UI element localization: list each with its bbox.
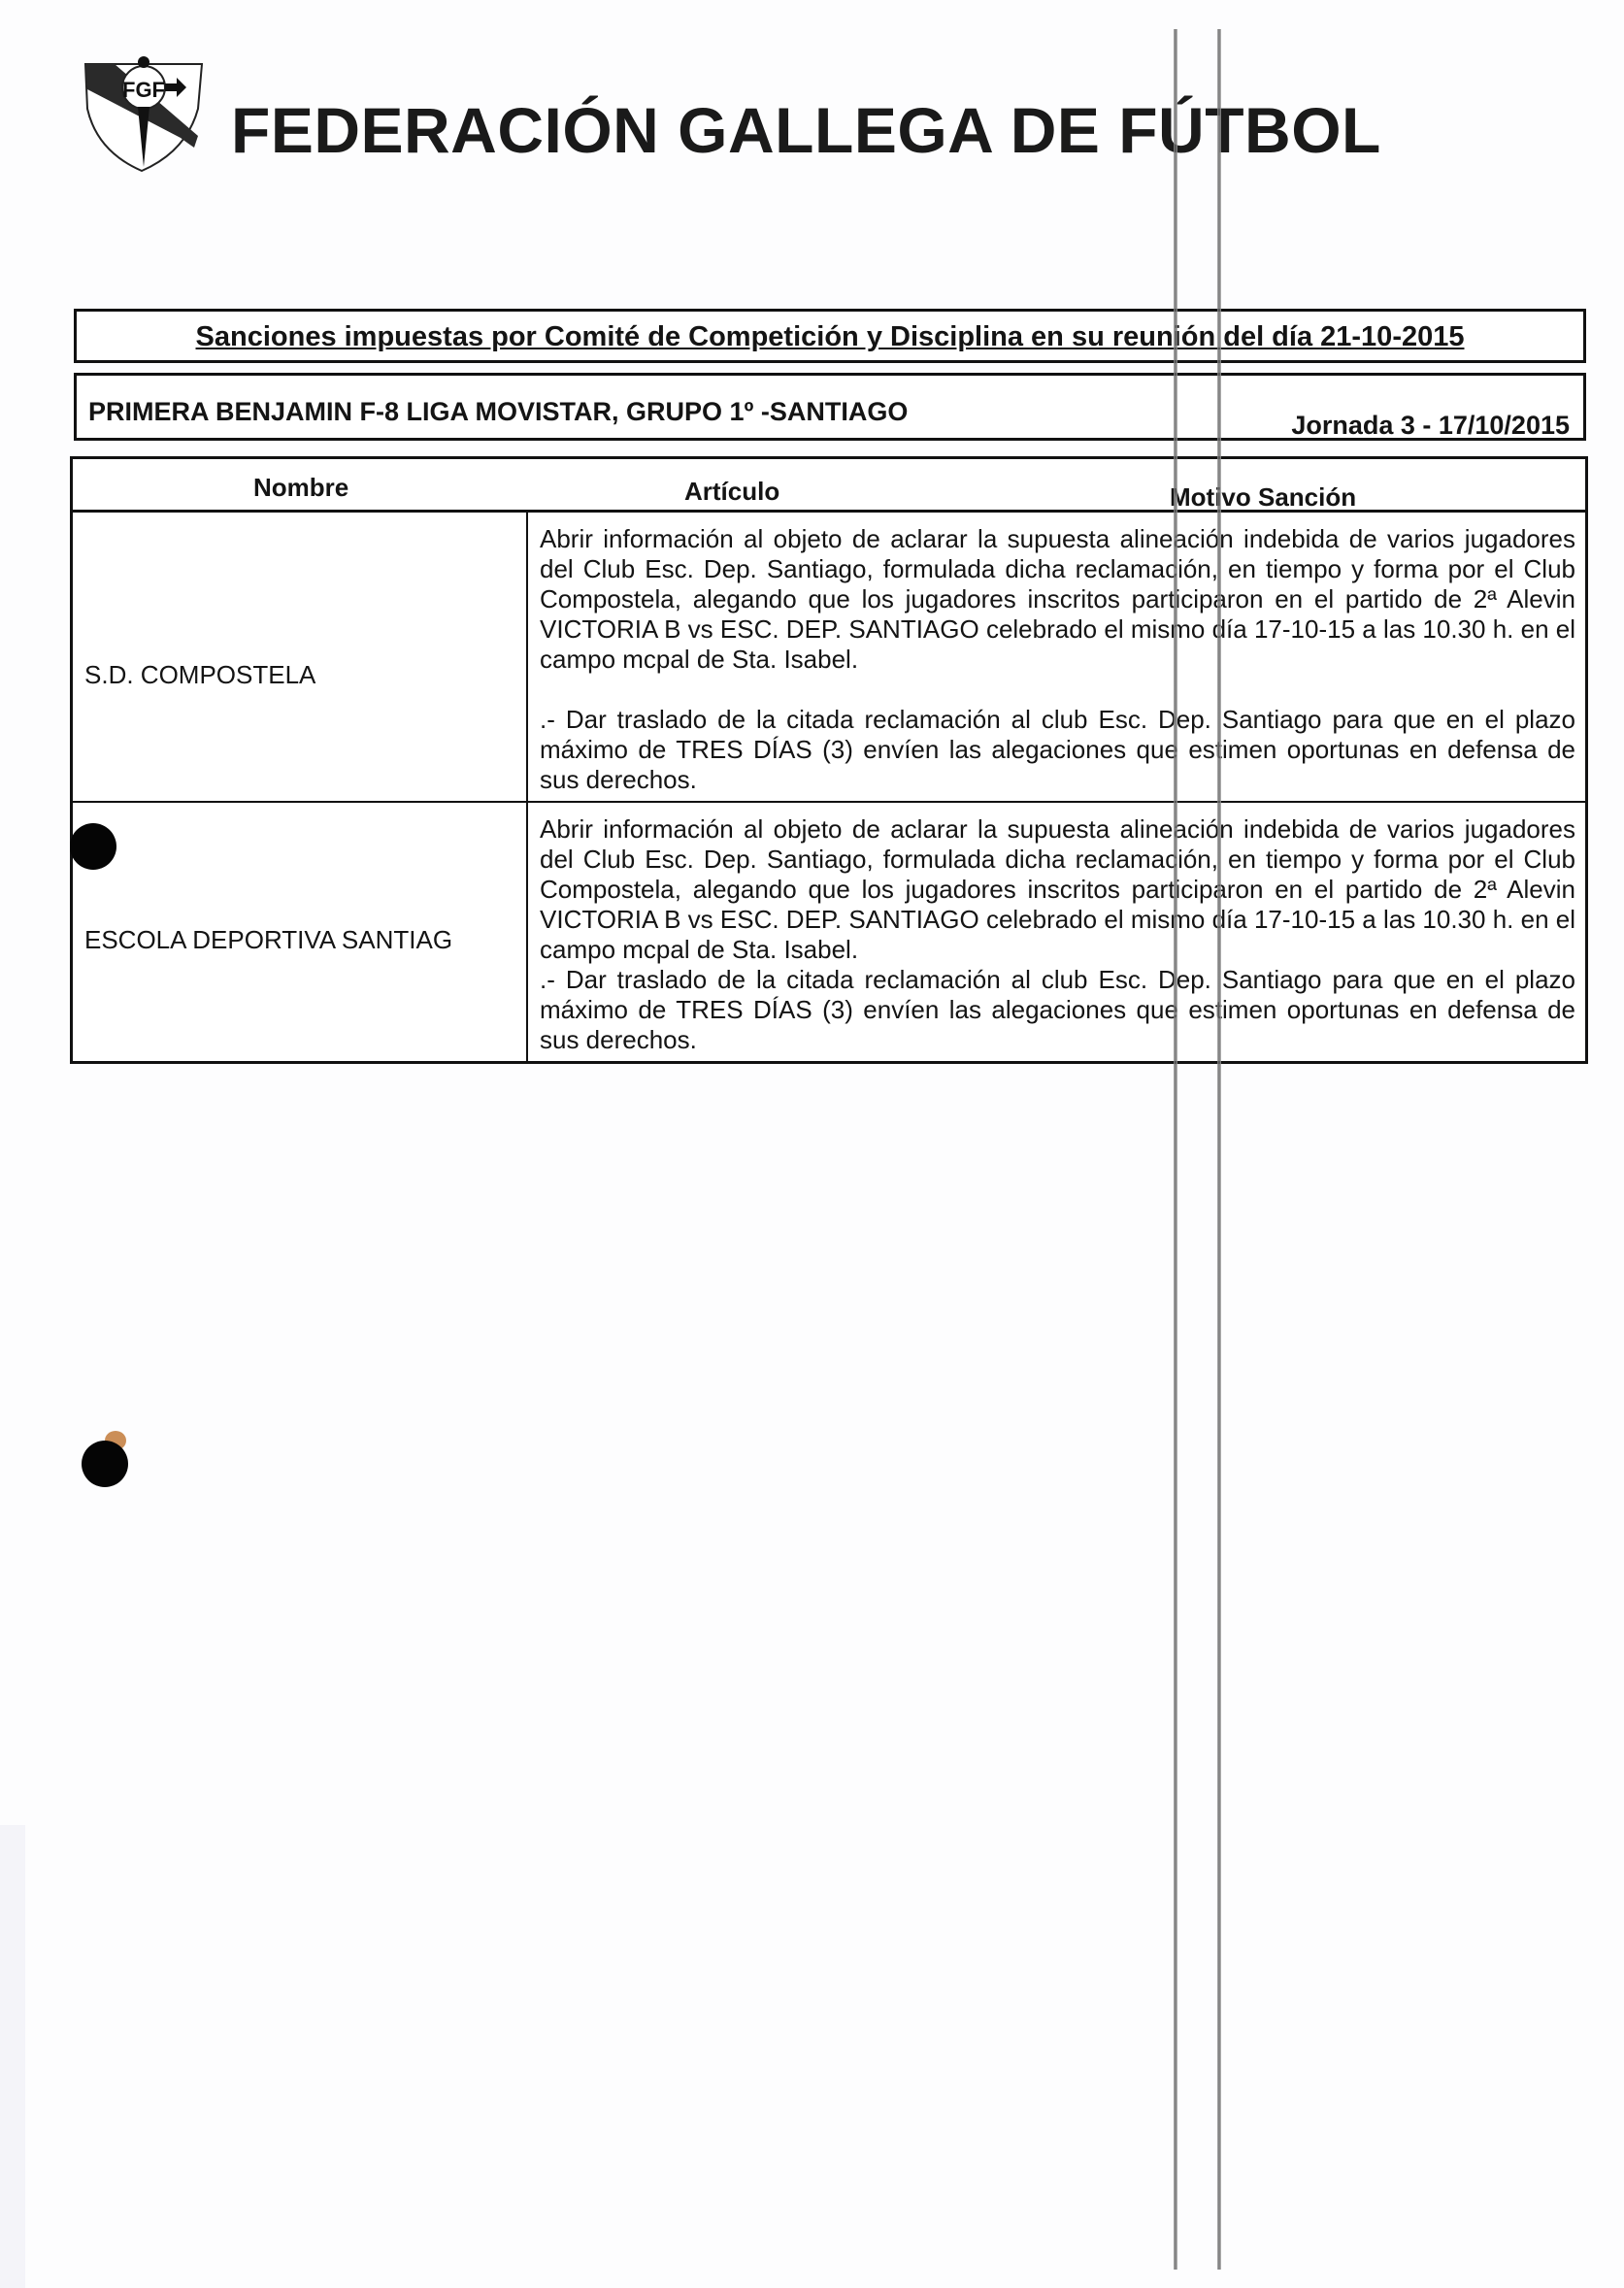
competition-name: PRIMERA BENJAMIN F-8 LIGA MOVISTAR, GRUP… (88, 397, 908, 427)
punch-hole-icon (70, 823, 116, 870)
svg-text:FGF: FGF (122, 78, 165, 102)
fgf-shield-logo-icon: FGF (80, 50, 208, 175)
header-nombre: Nombre (253, 473, 348, 503)
table-header: Nombre Artículo Motivo Sanción (73, 459, 1585, 513)
meeting-title: Sanciones impuestas por Comité de Compet… (77, 321, 1583, 353)
competition-box: PRIMERA BENJAMIN F-8 LIGA MOVISTAR, GRUP… (74, 373, 1586, 441)
table-row: ESCOLA DEPORTIVA SANTIAG Abrir informaci… (73, 803, 1585, 1061)
scan-artifact-line (1174, 29, 1177, 2270)
club-name: ESCOLA DEPORTIVA SANTIAG (84, 925, 452, 955)
scan-page-edge (0, 1825, 25, 2288)
organization-title: FEDERACIÓN GALLEGA DE FÚTBOL (231, 93, 1381, 167)
header-articulo: Artículo (684, 477, 779, 507)
table-row: S.D. COMPOSTELA Abrir información al obj… (73, 513, 1585, 803)
jornada-date: Jornada 3 - 17/10/2015 (1291, 411, 1570, 441)
motivo-paragraph: .- Dar traslado de la citada reclamación… (540, 705, 1575, 795)
scan-artifact-line (1217, 29, 1221, 2270)
motivo-paragraph: .- Dar traslado de la citada reclamación… (540, 965, 1575, 1055)
cell-motivo: Abrir información al objeto de aclarar l… (528, 803, 1585, 1061)
sanctions-table: Nombre Artículo Motivo Sanción S.D. COMP… (70, 456, 1588, 1064)
punch-hole-icon (82, 1441, 128, 1487)
club-name: S.D. COMPOSTELA (84, 660, 315, 690)
header-motivo: Motivo Sanción (1170, 482, 1356, 513)
cell-nombre: ESCOLA DEPORTIVA SANTIAG (73, 803, 528, 1061)
meeting-title-box: Sanciones impuestas por Comité de Compet… (74, 309, 1586, 363)
cell-nombre: S.D. COMPOSTELA (73, 513, 528, 801)
motivo-paragraph: Abrir información al objeto de aclarar l… (540, 524, 1575, 675)
cell-motivo: Abrir información al objeto de aclarar l… (528, 513, 1585, 801)
motivo-paragraph: Abrir información al objeto de aclarar l… (540, 814, 1575, 965)
